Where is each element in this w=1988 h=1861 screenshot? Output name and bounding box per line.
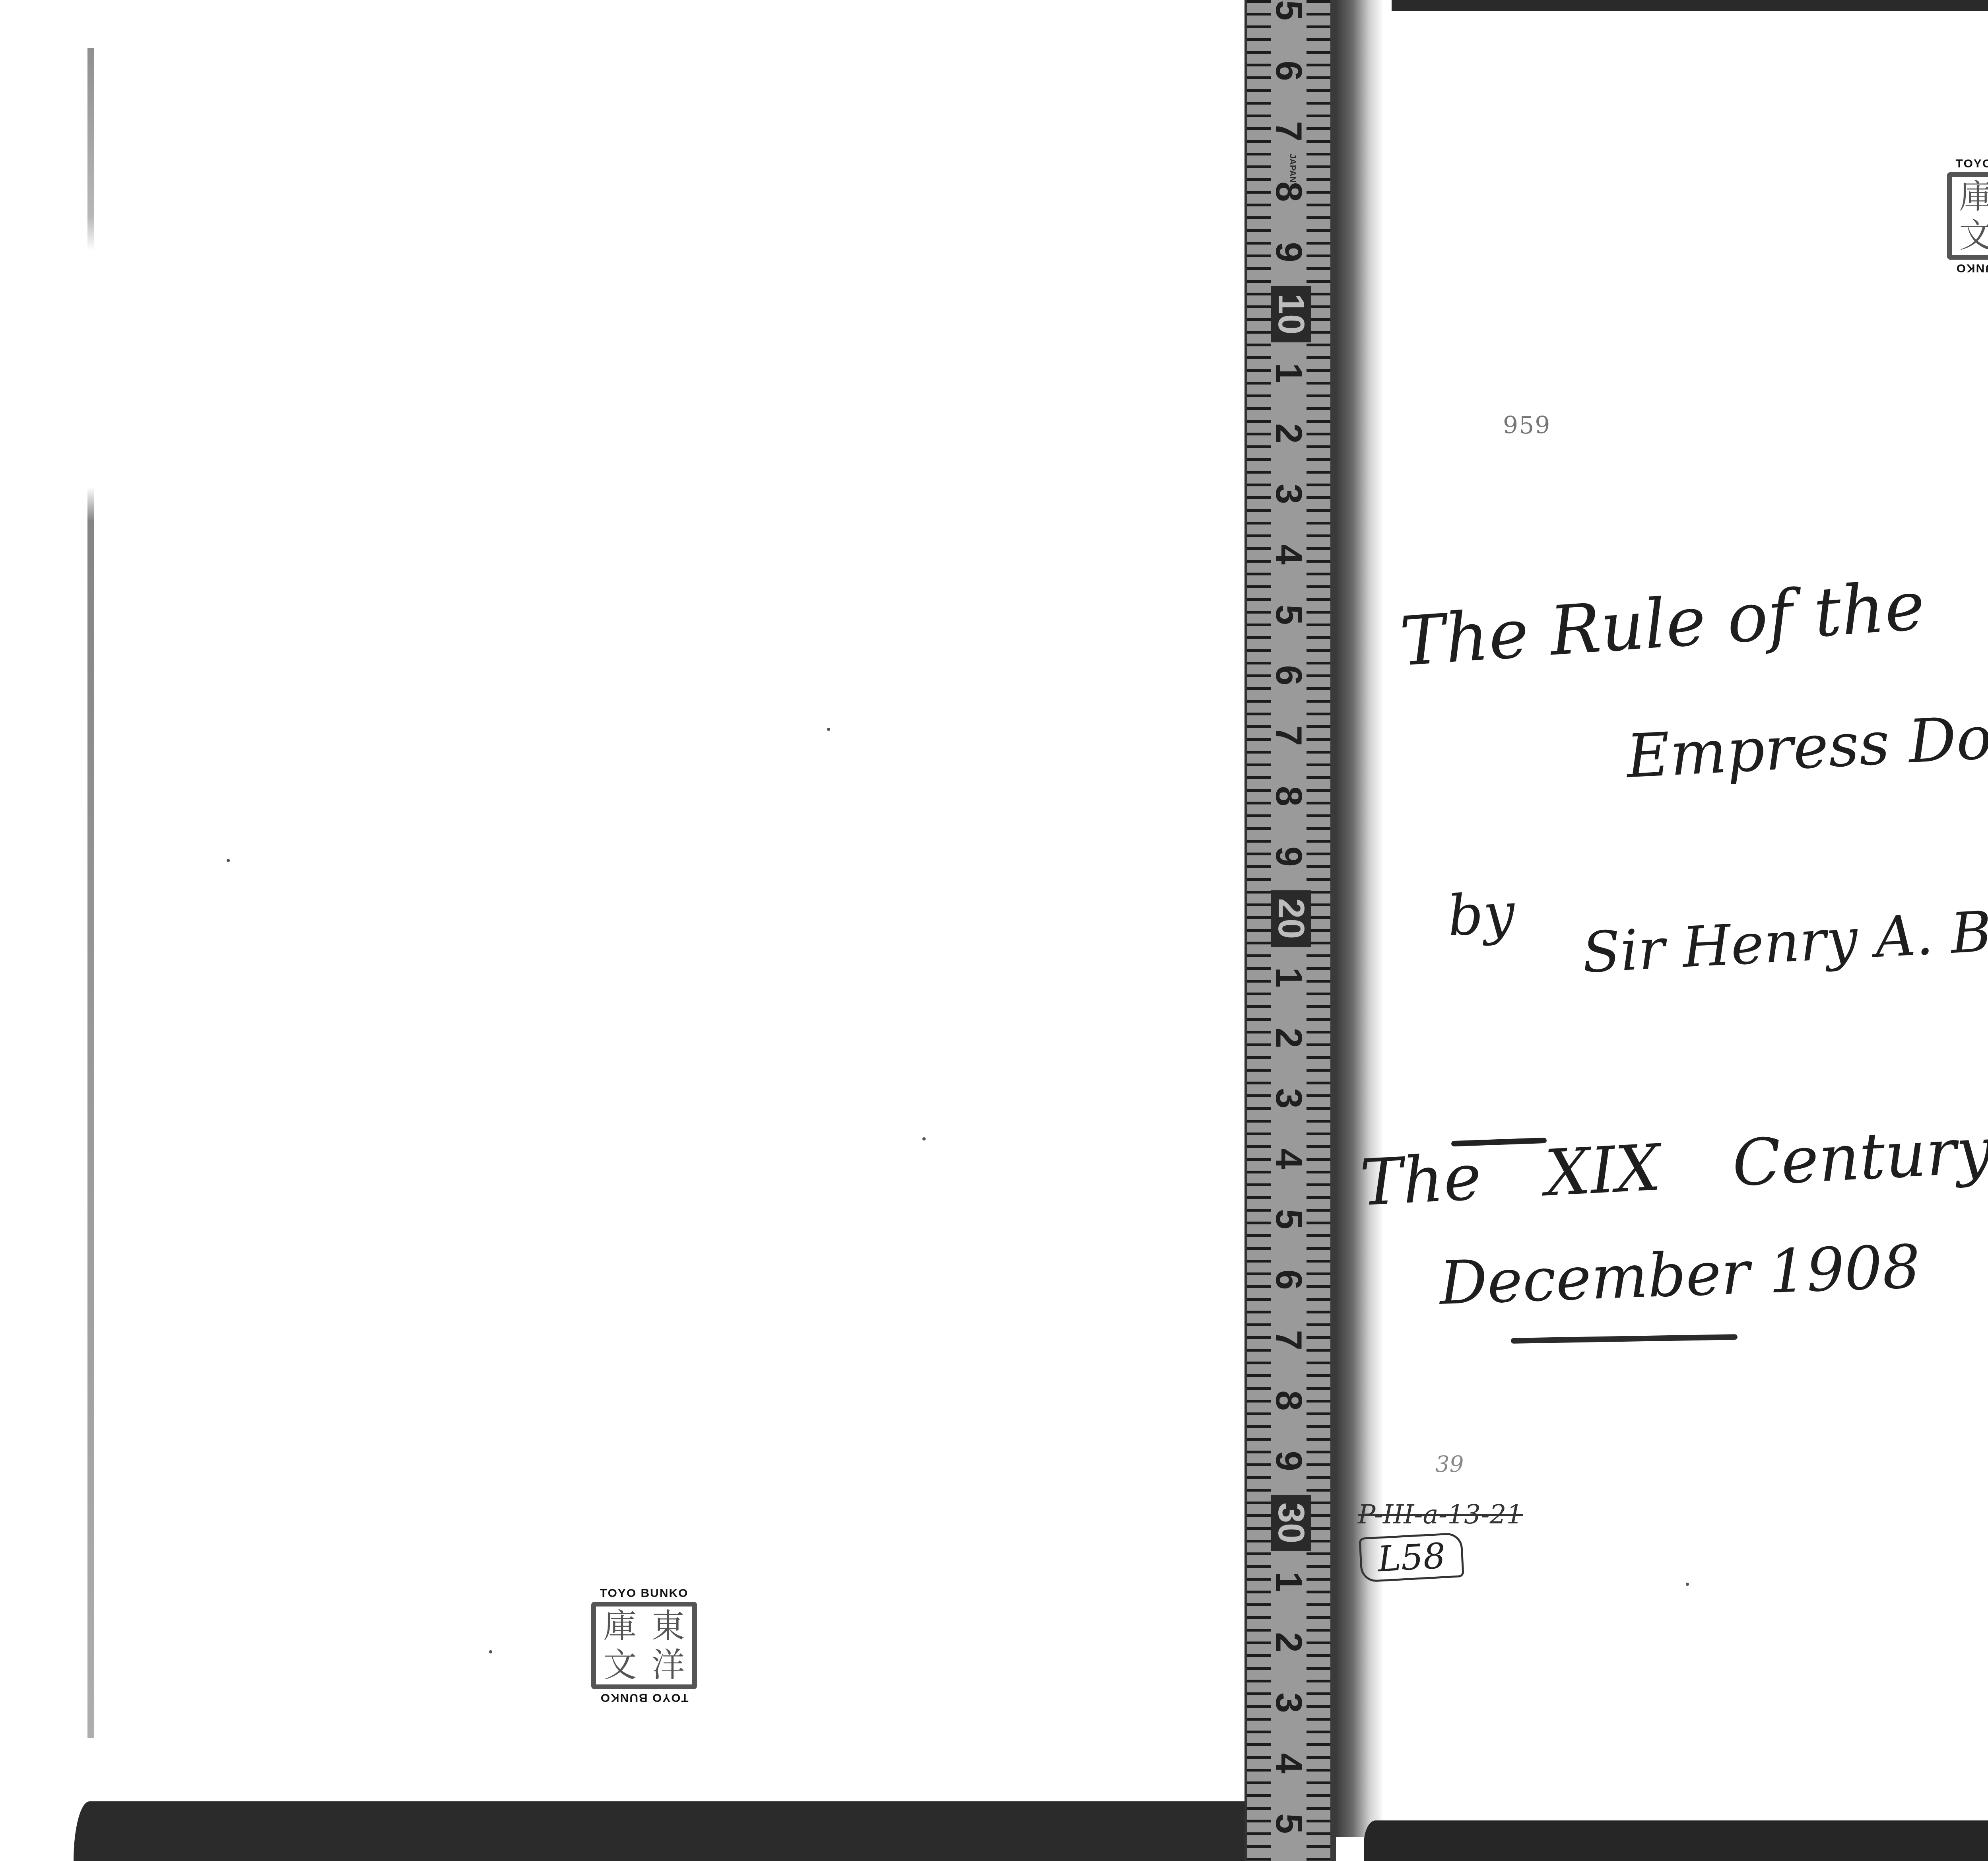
stamp-top-label: TOYO BUNKO [584,1587,704,1600]
stamp-seal: 庫 東 文 洋 [591,1602,697,1689]
stamp-top-label: TOYO BUNKO [1940,157,1988,171]
ruler-label: 30 [1271,1495,1311,1551]
toyo-bunko-stamp-right: TOYO BUNKO 庫 東 文 洋 TOYO BUNKO [1940,157,1988,275]
ruler-label: 3 [1270,468,1307,520]
ruler-label: 8 [1270,166,1307,218]
ruler-label: 1 [1270,1556,1307,1608]
ruler-label: 9 [1270,226,1307,278]
left-page [95,48,1237,1801]
ruler-ticks-left [1247,0,1271,1861]
measuring-ruler: JAPAN 5678910123456789201234567893012345 [1244,0,1336,1861]
ruler-label: 7 [1270,1314,1307,1366]
ruler-label: 3 [1270,1072,1307,1124]
shelf-number-small: 39 [1435,1451,1464,1477]
ruler-label: 5 [1270,1798,1307,1849]
ruler-label: 9 [1270,831,1307,882]
book-edge-bottom-left [74,1801,1248,1861]
ruler-label: 5 [1270,0,1307,36]
seal-char: 庫 [603,1609,637,1643]
scan-speck [1686,1583,1689,1586]
ruler-label: 6 [1270,649,1307,701]
seal-char: 文 [1959,219,1988,252]
stamp-bottom-label: TOYO BUNKO [584,1691,704,1704]
handwritten-the: The [1358,1140,1483,1220]
ruler-label: 7 [1270,105,1307,157]
book-edge-top [1392,0,1988,11]
ruler-label: 6 [1270,45,1307,97]
boxed-call-number: L58 [1359,1532,1464,1582]
ruler-label: 8 [1270,1375,1307,1426]
scan-speck [922,1137,926,1140]
stamp-seal: 庫 東 文 洋 [1947,172,1988,260]
seal-char: 東 [651,1609,685,1643]
seal-char: 洋 [651,1648,685,1682]
ruler-label: 20 [1271,890,1311,947]
ruler-label: 10 [1271,286,1311,342]
ruler-label: 6 [1270,1254,1307,1305]
printed-number: 959 [1503,412,1551,439]
ruler-label: 2 [1270,1012,1307,1064]
seal-char: 庫 [1959,180,1988,213]
book-edge-bottom-right [1364,1820,1988,1861]
handwritten-numeral: XIX [1543,1130,1662,1210]
ruler-label: 1 [1270,952,1307,1003]
handwritten-by: by [1446,881,1516,949]
book-scan: JAPAN 5678910123456789201234567893012345… [0,0,1988,1861]
ruler-label: 4 [1270,528,1307,580]
scan-speck [227,859,230,862]
ruler-label: 4 [1270,1737,1307,1789]
toyo-bunko-stamp-left: TOYO BUNKO 庫 東 文 洋 TOYO BUNKO [584,1587,704,1704]
seal-char: 文 [603,1648,637,1682]
scan-speck [489,1650,492,1653]
ruler-label: 3 [1270,1677,1307,1729]
ruler-label: 4 [1270,1133,1307,1185]
ruler-label: 2 [1270,408,1307,459]
ruler-label: 5 [1270,1193,1307,1245]
stamp-bottom-label: TOYO BUNKO [1940,261,1988,275]
ruler-label: 5 [1270,589,1307,641]
scan-speck [827,728,830,731]
ruler-label: 7 [1270,710,1307,761]
struck-call-number: P-III-a-13-21 [1358,1499,1523,1530]
left-page-edge [87,48,94,1738]
ruler-label: 8 [1270,770,1307,822]
ruler-label: 9 [1270,1435,1307,1487]
handwritten-century: Century [1730,1113,1988,1201]
ruler-label: 1 [1270,347,1307,399]
ruler-label: 2 [1270,1616,1307,1668]
